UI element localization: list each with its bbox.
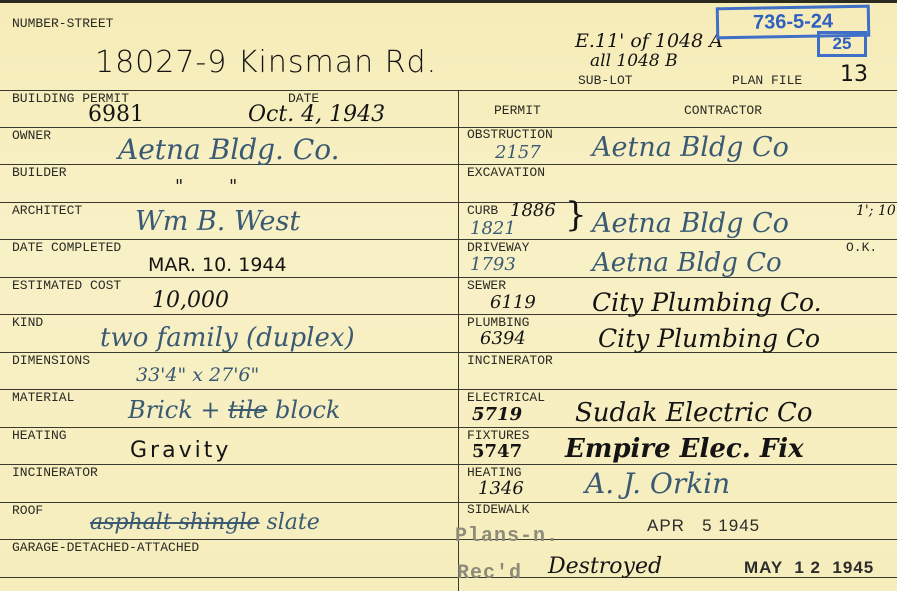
permit-value-sewer: 6119 (490, 294, 536, 312)
building-permit-value: 6981 (88, 104, 144, 126)
permit-value-heating: 1346 (478, 480, 524, 498)
material-value: Brick + tile block (128, 398, 340, 422)
incinerator-label: INCINERATOR (12, 466, 98, 480)
destroyed-note: Destroyed (548, 556, 662, 578)
estimated-cost-value: 10,000 (152, 290, 229, 312)
stamp-plans: Plans-n. (455, 525, 559, 548)
heating-value: Gravity (130, 440, 231, 462)
column-divider (458, 90, 459, 591)
permit-label-obstruction: OBSTRUCTION (467, 128, 553, 142)
permit-label-excavation: EXCAVATION (467, 166, 545, 180)
divider (0, 127, 897, 128)
sublot-note-line1: E.11' of 1048 A (575, 32, 723, 51)
contractor-driveway: Aetna Bldg Co (592, 250, 782, 276)
material-value-a: Brick + (128, 396, 221, 424)
stamp-may-1945: MAY 1 2 1945 (744, 558, 874, 578)
contractor-fixtures: Empire Elec. Fix (565, 436, 804, 462)
permit-value-driveway: 1793 (470, 256, 516, 274)
address-value: 18027-9 Kinsman Rd. (95, 48, 437, 78)
dimensions-value: 33'4" x 27'6" (136, 366, 259, 385)
building-permit-card: NUMBER-STREET 18027-9 Kinsman Rd. E.11' … (0, 0, 897, 591)
contractor-obstruction: Aetna Bldg Co (592, 134, 789, 161)
divider (0, 202, 897, 203)
roof-value-current: slate (266, 510, 319, 535)
material-label: MATERIAL (12, 391, 74, 405)
ledger-stamp-sub: 25 (817, 31, 867, 57)
kind-value: two family (duplex) (100, 325, 355, 351)
material-value-b: block (275, 396, 340, 424)
permit-label-sidewalk: SIDEWALK (467, 503, 529, 517)
plan-file-value: 13 (840, 64, 868, 86)
contractor-heating: A. J. Orkin (585, 470, 730, 498)
stamp-apr-1945: APR 5 1945 (647, 516, 760, 536)
divider (0, 502, 897, 503)
contractor-sewer: City Plumbing Co. (592, 290, 822, 315)
builder-label: BUILDER (12, 166, 67, 180)
contractor-curb: Aetna Bldg Co (592, 210, 789, 237)
heating-label: HEATING (12, 429, 67, 443)
divider (0, 464, 897, 465)
stamp-recd: Rec'd (457, 562, 522, 585)
plan-file-label: PLAN FILE (732, 74, 802, 88)
roof-value-struck: asphalt shingle (90, 510, 259, 535)
curb-status: O.K. (846, 241, 877, 255)
estimated-cost-label: ESTIMATED COST (12, 279, 121, 293)
permit-value-electrical: 5719 (472, 406, 522, 424)
permit-label-driveway: DRIVEWAY (467, 241, 529, 255)
date-completed-value: MAR. 10. 1944 (148, 256, 287, 275)
permit-label-incinerator: INCINERATOR (467, 354, 553, 368)
contractor-plumbing: City Plumbing Co (598, 326, 820, 351)
roof-value: asphalt shingle slate (90, 512, 320, 534)
architect-label: ARCHITECT (12, 204, 82, 218)
architect-value: Wm B. West (135, 208, 300, 235)
dimensions-label: DIMENSIONS (12, 354, 90, 368)
garage-label: GARAGE-DETACHED-ATTACHED (12, 541, 199, 555)
number-street-label: NUMBER-STREET (12, 17, 113, 31)
curb-note: 1'; 10 (856, 204, 896, 218)
date-value: Oct. 4, 1943 (248, 104, 385, 126)
owner-value: Aetna Bldg. Co. (118, 136, 340, 164)
kind-label: KIND (12, 316, 43, 330)
contractor-electrical: Sudak Electric Co (575, 400, 813, 426)
roof-label: ROOF (12, 504, 43, 518)
builder-value: " " (175, 178, 237, 196)
sublot-note-line2: all 1048 B (590, 53, 678, 70)
permit-header: PERMIT (494, 104, 541, 118)
contractor-header: CONTRACTOR (684, 104, 762, 118)
permit-label-electrical: ELECTRICAL (467, 391, 545, 405)
divider (0, 389, 897, 390)
permit-value-curb-2: 1821 (470, 220, 516, 238)
material-value-struck: tile (228, 396, 267, 424)
permit-value-obstruction: 2157 (495, 144, 541, 162)
owner-label: OWNER (12, 129, 51, 143)
permit-label-curb: CURB (467, 204, 498, 218)
divider (0, 239, 897, 240)
sublot-label: SUB-LOT (578, 74, 633, 88)
permit-label-sewer: SEWER (467, 279, 506, 293)
permit-value-plumbing: 6394 (480, 330, 526, 348)
permit-value-fixtures: 5747 (472, 443, 522, 461)
permit-value-curb: 1886 (510, 202, 556, 220)
divider (0, 90, 897, 91)
date-completed-label: DATE COMPLETED (12, 241, 121, 255)
curb-driveway-brace: } (565, 198, 587, 232)
card-top-edge (0, 0, 897, 3)
